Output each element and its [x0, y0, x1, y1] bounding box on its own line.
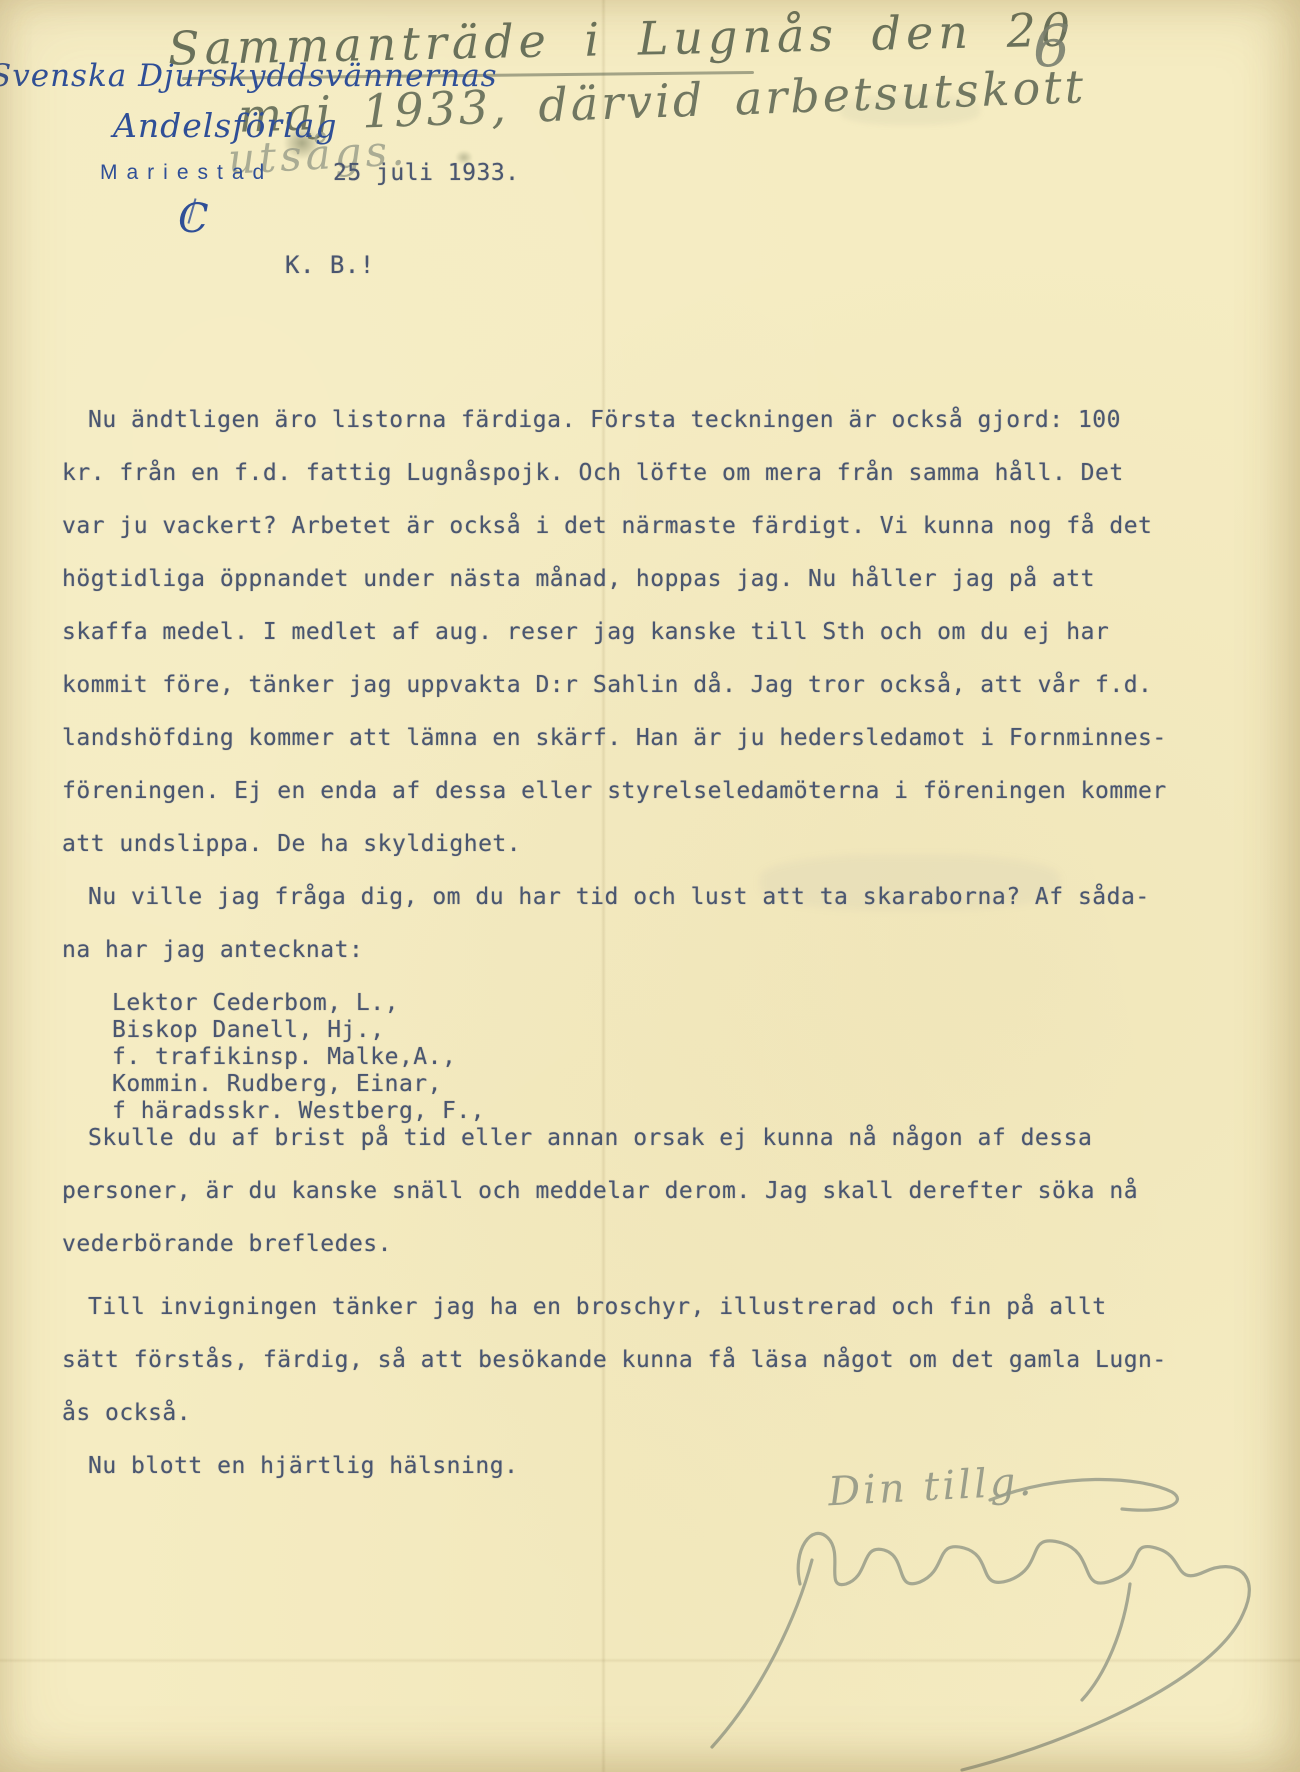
typed-line: Till invigningen tänker jag ha en brosch… — [62, 1293, 1252, 1346]
letterhead-org-line2: Andelsförlag — [113, 106, 337, 145]
typed-line: kommit före, tänker jag uppvakta D:r Sah… — [62, 671, 1252, 724]
typed-line: f. trafikinsp. Malke,A., — [62, 1043, 1252, 1070]
typed-line: Lektor Cederbom, L., — [62, 989, 1252, 1016]
typed-line: Nu ville jag fråga dig, om du har tid oc… — [62, 883, 1252, 936]
signature-loops — [798, 1533, 1249, 1770]
typed-line: att undslippa. De ha skyldighet. — [62, 830, 1252, 883]
typed-line: högtidliga öppnandet under nästa månad, … — [62, 565, 1252, 618]
typed-line: sätt förstås, färdig, så att besökande k… — [62, 1346, 1252, 1399]
salutation: K. B.! — [285, 251, 375, 279]
page-number: 6 — [1033, 12, 1070, 80]
typed-line: Skulle du af brist på tid eller annan or… — [62, 1124, 1252, 1177]
typed-line: kr. från en f.d. fattig Lugnåspojk. Och … — [62, 459, 1252, 512]
typed-line: Biskop Danell, Hj., — [62, 1016, 1252, 1043]
typed-line: landshöfding kommer att lämna en skärf. … — [62, 724, 1252, 777]
body-text: Nu ändtligen äro listorna färdiga. Först… — [62, 406, 1252, 1505]
typed-line: var ju vackert? Arbetet är också i det n… — [62, 512, 1252, 565]
signature-descender — [712, 1560, 812, 1747]
letter-scan-page: { "letterhead": { "org_line1": "Svenska … — [0, 0, 1300, 1772]
typed-line: personer, är du kanske snäll och meddela… — [62, 1177, 1252, 1230]
typed-line: skaffa medel. I medlet af aug. reser jag… — [62, 618, 1252, 671]
typed-line: föreningen. Ej en enda af dessa eller st… — [62, 777, 1252, 830]
typed-line: vederbörande brefledes. — [62, 1230, 1252, 1283]
letterhead-city: Mariestad — [100, 161, 273, 185]
letterhead-monogram: C — [178, 196, 209, 242]
typed-line: na har jag antecknat: — [62, 936, 1252, 989]
signature-flourish-tail — [990, 1479, 1177, 1510]
signature-scrawl — [660, 1462, 1260, 1772]
typed-line: ås också. — [62, 1399, 1252, 1452]
letterhead-org-line1: Svenska Djurskyddsvännernas — [0, 58, 498, 94]
typed-date: 25 juli 1933. — [333, 160, 520, 186]
typed-line: f häradsskr. Westberg, F., — [62, 1097, 1252, 1124]
signature-mid-descender — [1082, 1584, 1130, 1700]
typed-line: Kommin. Rudberg, Einar, — [62, 1070, 1252, 1097]
typed-line: Nu ändtligen äro listorna färdiga. Först… — [62, 406, 1252, 459]
